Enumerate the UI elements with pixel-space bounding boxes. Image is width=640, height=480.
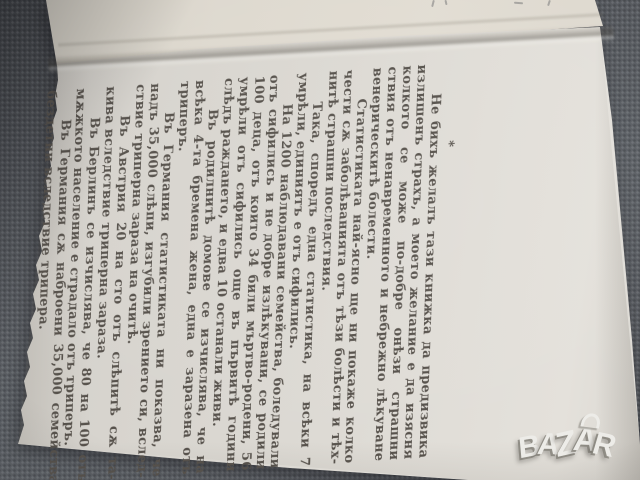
bazar-watermark-logo: B A Z A R [521, 422, 617, 463]
page-text-block: *Не бихъ желалъ тази книжка да предизвик… [29, 62, 458, 480]
photo: *Не бихъ желалъ тази книжка да предизвик… [0, 0, 640, 480]
